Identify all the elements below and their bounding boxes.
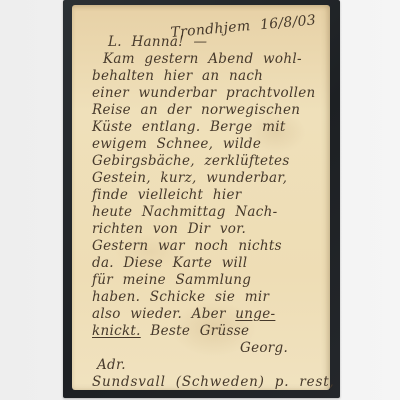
handwriting-line: Reise an der norwegischen bbox=[92, 102, 320, 119]
handwriting-text: Georg. bbox=[240, 340, 288, 356]
handwriting-text: heute Nachmittag Nach- bbox=[92, 204, 277, 220]
handwriting-text: Sundsvall (Schweden) p. rest, bbox=[92, 374, 335, 390]
photo-dark-frame: Trondhjem 16/8/03L. Hanna! —Kam gestern … bbox=[63, 0, 340, 398]
handwriting-line: Gestern war noch nichts bbox=[92, 238, 320, 255]
handwriting-line: finde vielleicht hier bbox=[92, 187, 320, 204]
handwriting-line: für meine Sammlung bbox=[92, 272, 320, 289]
handwriting-line: Küste entlang. Berge mit bbox=[92, 119, 320, 136]
handwriting-text: Gebirgsbäche, zerklüftetes bbox=[92, 153, 290, 169]
handwriting-line: richten von Dir vor. bbox=[92, 221, 320, 238]
underlined-word: knickt. bbox=[92, 323, 141, 339]
handwriting-text: Gestern war noch nichts bbox=[92, 238, 282, 254]
handwriting-line: ewigem Schnee, wilde bbox=[92, 136, 320, 153]
handwriting-text: Kam gestern Abend wohl- bbox=[103, 51, 302, 67]
handwriting-text: ewigem Schnee, wilde bbox=[92, 136, 261, 152]
handwriting-text: Adr. bbox=[97, 357, 126, 373]
postcard: Trondhjem 16/8/03L. Hanna! —Kam gestern … bbox=[72, 5, 330, 390]
handwriting-line: also wieder. Aber unge- bbox=[92, 306, 320, 323]
handwriting-text: richten von Dir vor. bbox=[92, 221, 246, 237]
handwriting-text: also wieder. Aber bbox=[92, 306, 235, 322]
handwriting-text: Gestein, kurz, wunderbar, bbox=[92, 170, 287, 186]
handwriting-text: behalten hier an nach bbox=[92, 68, 263, 84]
handwriting-line: Gestein, kurz, wunderbar, bbox=[92, 170, 320, 187]
handwriting-line: Gebirgsbäche, zerklüftetes bbox=[92, 153, 320, 170]
handwriting-line: haben. Schicke sie mir bbox=[92, 289, 320, 306]
handwriting-text: einer wunderbar prachtvollen bbox=[92, 85, 316, 101]
handwriting-text: für meine Sammlung bbox=[92, 272, 251, 288]
handwriting-text: Beste Grüsse bbox=[141, 323, 250, 339]
handwriting-text: Küste entlang. Berge mit bbox=[92, 119, 286, 135]
handwriting-line: Sundsvall (Schweden) p. rest, bbox=[92, 374, 320, 391]
handwriting-text: Reise an der norwegischen bbox=[92, 102, 300, 118]
underlined-word: unge- bbox=[235, 306, 275, 322]
handwriting-text: finde vielleicht hier bbox=[92, 187, 242, 203]
handwriting-line: da. Diese Karte will bbox=[92, 255, 320, 272]
letter-lines: Trondhjem 16/8/03L. Hanna! —Kam gestern … bbox=[92, 11, 320, 391]
handwriting-line: einer wunderbar prachtvollen bbox=[92, 85, 320, 102]
handwriting-line: knickt. Beste Grüsse bbox=[92, 323, 320, 340]
photo-background: Trondhjem 16/8/03L. Hanna! —Kam gestern … bbox=[0, 0, 400, 400]
handwriting-line: Kam gestern Abend wohl- bbox=[92, 51, 320, 68]
handwriting-text: da. Diese Karte will bbox=[92, 255, 247, 271]
handwriting-line: Georg. bbox=[92, 340, 320, 357]
handwriting-line: behalten hier an nach bbox=[92, 68, 320, 85]
handwriting-line: heute Nachmittag Nach- bbox=[92, 204, 320, 221]
handwriting-line: Adr. bbox=[92, 357, 320, 374]
handwriting-text: haben. Schicke sie mir bbox=[92, 289, 269, 305]
